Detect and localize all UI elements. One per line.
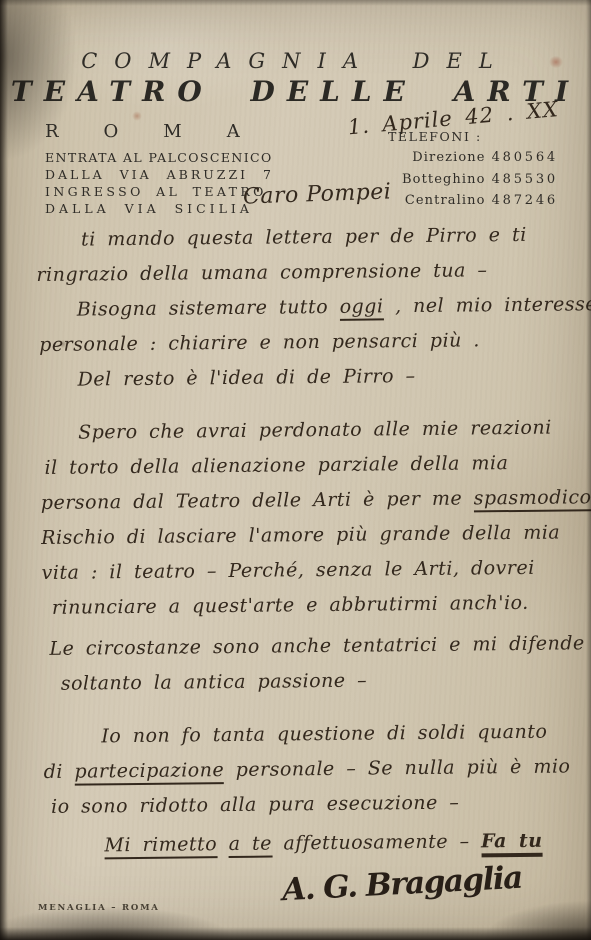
letter-text: , nel mio interesse	[383, 293, 591, 317]
letter-line: rinunciare a quest'arte e abbrutirmi anc…	[52, 591, 569, 631]
letter-text	[217, 833, 229, 855]
address-line: INGRESSO AL TEATRO	[45, 183, 250, 200]
letter-line: il torto della alienazione parziale dell…	[44, 451, 567, 491]
telephone-block: TELEFONI : Direzione480564 Botteghino485…	[388, 129, 558, 212]
phone-row: Direzione480564	[388, 147, 558, 169]
letter-text: Del resto è l'idea di de Pirro –	[77, 365, 415, 391]
letter-line: vita : il teatro – Perché, senza le Arti…	[41, 556, 568, 597]
letter-body: ti mando questa lettera per de Pirro e t…	[36, 223, 572, 870]
letter-line: personale : chiarire e non pensarci più …	[39, 328, 566, 369]
letter-line: io sono ridotto alla pura esecuzione –	[51, 790, 571, 830]
phone-row: Botteghino485530	[388, 169, 558, 191]
telefoni-label: TELEFONI :	[388, 129, 558, 144]
letter-line: Le circostanze sono anche tentatrici e m…	[49, 632, 569, 672]
underlined-word: Mi rimetto	[104, 833, 217, 859]
letter-text: personale : chiarire e non pensarci più …	[39, 329, 480, 356]
underlined-word: partecipazione	[74, 759, 224, 786]
letter-line: Io non fo tanta questione di soldi quant…	[101, 720, 570, 760]
underlined-word: a te	[229, 833, 273, 858]
underlined-word: Fa tu	[481, 830, 543, 858]
letter-line: ringrazio della umana comprensione tua –	[36, 258, 565, 299]
letter-line: Spero che avrai perdonato alle mie reazi…	[78, 416, 567, 456]
phone-number: 487246	[492, 193, 558, 208]
letter-line: ti mando questa lettera per de Pirro e t…	[81, 223, 565, 263]
letter-text: persona dal Teatro delle Arti è per me	[41, 487, 474, 514]
letter-line: Del resto è l'idea di de Pirro –	[77, 363, 566, 403]
letter-line: soltanto la antica passione –	[61, 667, 570, 707]
underlined-word: spasmodico	[474, 486, 591, 512]
letter-text: io sono ridotto alla pura esecuzione –	[51, 792, 460, 818]
printer-mark: MENAGLIA – ROMA	[38, 903, 160, 913]
address-line: DALLA VIA SICILIA	[45, 200, 250, 217]
letter-line: persona dal Teatro delle Arti è per me s…	[41, 486, 568, 527]
letter-text: rinunciare a quest'arte e abbrutirmi anc…	[52, 592, 529, 619]
letter-text: Bisogna sistemare tutto	[77, 296, 340, 321]
letter-text: Le circostanze sono anche tentatrici e m…	[49, 632, 585, 660]
letter-line: Rischio di lasciare l'amore più grande d…	[41, 521, 568, 562]
phone-label: Botteghino	[402, 172, 486, 187]
city-name: ROMA	[45, 121, 250, 142]
letter-line: Bisogna sistemare tutto oggi , nel mio i…	[77, 293, 566, 333]
letter-text: ti mando questa lettera per de Pirro e t…	[81, 224, 527, 251]
letter-photo: COMPAGNIA DEL TEATRO DELLE ARTI 1. April…	[0, 0, 591, 940]
letter-text: vita : il teatro – Perché, senza le Arti…	[41, 557, 534, 584]
phone-row: Centralino487246	[388, 190, 558, 212]
letter-text: il torto della alienazione parziale dell…	[44, 452, 508, 479]
letter-text: Rischio di lasciare l'amore più grande d…	[41, 522, 560, 549]
letter-text: affettuosamente –	[272, 830, 481, 854]
letter-paper: COMPAGNIA DEL TEATRO DELLE ARTI 1. April…	[0, 0, 591, 940]
phone-number: 480564	[492, 150, 558, 165]
address-line: ENTRATA AL PALCOSCENICO	[45, 149, 250, 166]
letter-line: di partecipazione personale – Se nulla p…	[44, 755, 571, 796]
letter-text: Io non fo tanta questione di soldi quant…	[101, 721, 547, 748]
letter-text: personale – Se nulla più è mio	[224, 755, 571, 781]
letter-text: soltanto la antica passione –	[61, 670, 368, 695]
letter-text: Spero che avrai perdonato alle mie reazi…	[78, 417, 552, 444]
greeting: Caro Pompei	[243, 179, 392, 209]
underlined-word: oggi	[340, 295, 384, 320]
letter-text: ringrazio della umana comprensione tua –	[36, 259, 487, 286]
address-block: ROMA ENTRATA AL PALCOSCENICO DALLA VIA A…	[45, 121, 250, 217]
address-line: DALLA VIA ABRUZZI 7	[45, 166, 250, 183]
phone-label: Direzione	[412, 150, 485, 165]
phone-number: 485530	[492, 172, 558, 187]
phone-label: Centralino	[405, 193, 486, 208]
letter-text: di	[44, 761, 75, 783]
company-name-line1: COMPAGNIA DEL	[0, 49, 591, 73]
